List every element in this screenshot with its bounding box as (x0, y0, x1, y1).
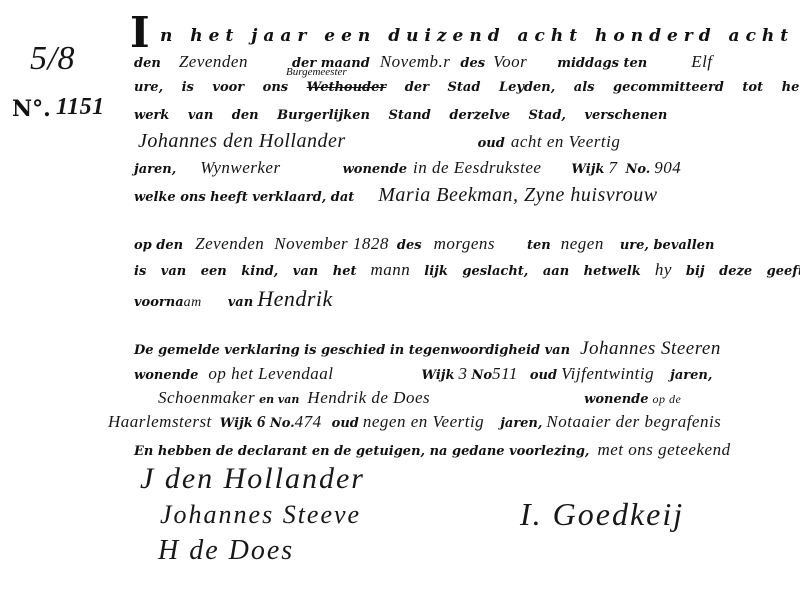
label: en van (259, 393, 299, 406)
witness2-occupation: Notaaier der begrafenis (546, 412, 721, 431)
struck-word: Wethouder (307, 80, 387, 95)
line-birth-date: op den Zevenden November 1828 des morgen… (134, 234, 714, 254)
label: lijk geslacht, aan hetwelk (424, 264, 641, 279)
label: wonende (584, 392, 648, 407)
line-witness1: De gemelde verklaring is geschied in teg… (134, 338, 721, 360)
label: No. (270, 416, 295, 431)
declarant-name: Johannes den Hollander (138, 130, 346, 152)
register-number: 5/8 (30, 40, 75, 78)
heading-text: n het jaar een duizend acht honderd acht… (160, 26, 800, 46)
line-witness2-details: Haarlemsterst Wijk 6 No.474 oud negen en… (108, 412, 721, 432)
line-occupation: jaren, Wynwerker wonende in de Eesdrukst… (134, 158, 681, 178)
signing-suffix: met ons geteekend (597, 440, 730, 459)
birth-hour: negen (561, 234, 604, 253)
birth-date: November 1828 (274, 234, 389, 253)
wijk-number: 7 (608, 158, 617, 177)
line-registrar: werk van den Burgerlijken Stand derzelve… (134, 108, 667, 123)
label: De gemelde verklaring is geschied in teg… (134, 343, 570, 358)
label: wonende (343, 162, 407, 177)
child-name: Hendrik (257, 286, 333, 311)
label: No (472, 368, 493, 383)
line-mother: welke ons heeft verklaard, dat Maria Bee… (134, 184, 658, 207)
signature-official: I. Goedkeij (520, 496, 684, 533)
initial-capital: I (130, 8, 150, 57)
line-declarant: Johannes den Hollander oud acht en Veert… (138, 130, 620, 153)
month-handwritten: Novemb.r (380, 52, 451, 71)
witness1-age: Vijfentwintig (561, 364, 654, 383)
line-date: den Zevenden der maand Novemb.r des Voor… (134, 52, 713, 72)
period-handwritten: Voor (493, 52, 527, 71)
witness1-wijk: 3 (459, 364, 468, 383)
line-witness1-details: wonende op het Levendaal Wijk 3 No511 ou… (134, 364, 712, 384)
line-child-name: voornaam van Hendrik (134, 286, 333, 312)
line-witness2: Schoenmaker en van Hendrik de Does wonen… (158, 388, 681, 408)
line-signing: En hebben de declarant en de getuigen, n… (134, 440, 731, 460)
witness2-residence-prefix: op de (653, 392, 682, 406)
label: des (460, 56, 485, 71)
witness1-number: 511 (492, 364, 518, 383)
label: No. (625, 162, 650, 177)
witness2-residence: Haarlemsterst (108, 412, 212, 431)
label: ure, bevallen (620, 238, 715, 253)
label: jaren, (134, 162, 176, 177)
birth-period: morgens (434, 234, 495, 253)
signature-declarant: J den Hollander (140, 462, 365, 496)
label: middags ten (557, 56, 647, 71)
signature-witness2: H de Does (158, 535, 294, 567)
house-number: 904 (654, 158, 681, 177)
label: is van een kind, van het (134, 264, 356, 279)
label: Wijk (422, 368, 455, 383)
line-child-sex: is van een kind, van het mann lijk gesla… (134, 260, 800, 280)
label: des (397, 238, 422, 253)
label: den (134, 56, 161, 71)
witness1-name: Johannes Steeren (580, 338, 721, 359)
label: oud (478, 136, 505, 151)
label: ten (527, 238, 551, 253)
label: ure, is voor ons (134, 80, 288, 95)
label: wonende (134, 368, 198, 383)
witness1-residence: op het Levendaal (208, 364, 333, 383)
label-hand: am (184, 295, 202, 310)
label: oud (530, 368, 557, 383)
insert-handwritten: Burgemeester (286, 66, 347, 78)
label: oud (332, 416, 359, 431)
birth-day: Zevenden (195, 234, 264, 253)
label: van (228, 295, 253, 310)
child-sex: mann (370, 260, 410, 279)
label: welke ons heeft verklaard, dat (134, 190, 354, 205)
line-official: ure, is voor ons Wethouder der Stad Leyd… (134, 80, 800, 95)
label: voorna (134, 295, 184, 310)
witness2-age: negen en Veertig (363, 412, 484, 431)
day-handwritten: Zevenden (179, 52, 248, 71)
residence-handwritten: in de Eesdrukstee (413, 158, 541, 177)
label: der Stad Leyden, als gecommitteerd tot h… (405, 80, 800, 95)
occupation-handwritten: Wynwerker (200, 158, 280, 177)
number-label: N°. (12, 96, 51, 122)
label: jaren, (500, 416, 542, 431)
witness2-wijk: 6 (257, 412, 266, 431)
pronoun: hy (655, 260, 672, 279)
label: op den (134, 238, 183, 253)
label: Wijk (220, 416, 253, 431)
declarant-age: acht en Veertig (511, 132, 620, 151)
witness1-occupation: Schoenmaker (158, 388, 255, 407)
hour-handwritten: Elf (691, 52, 712, 71)
signature-witness1: Johannes Steeve (160, 500, 361, 530)
label: bij deze geeft de (686, 264, 800, 279)
label: jaren, (670, 368, 712, 383)
label: En hebben de declarant en de getuigen, n… (134, 444, 589, 459)
label: Wijk (571, 162, 604, 177)
act-number: 1151 (56, 94, 105, 121)
witness2-name: Hendrik de Does (307, 388, 430, 407)
mother-name: Maria Beekman, Zyne huisvrouw (378, 184, 657, 206)
witness2-number: 474 (295, 412, 322, 431)
